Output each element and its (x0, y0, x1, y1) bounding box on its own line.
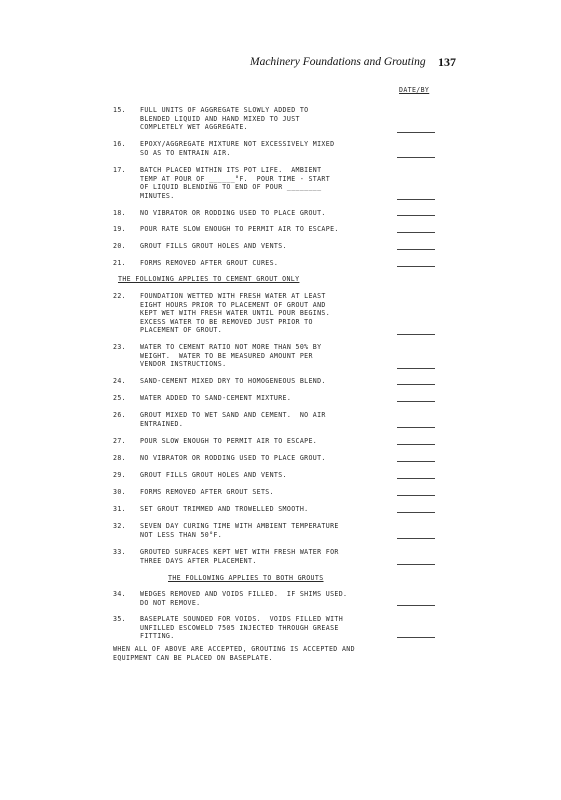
date-by-blank-33[interactable] (397, 564, 435, 565)
item-text: No vibrator or rodding used to place gro… (140, 454, 410, 463)
item-number: 26. (113, 411, 126, 420)
item-text: Foundation wetted with fresh water at le… (140, 292, 410, 335)
date-by-blank-15[interactable] (397, 132, 435, 133)
item-number: 25. (113, 394, 126, 403)
item-text: Full units of aggregate slowly added to … (140, 106, 410, 132)
item-text: Grout fills grout holes and vents. (140, 471, 410, 480)
item-number: 19. (113, 225, 126, 234)
date-by-blank-18[interactable] (397, 215, 435, 216)
date-by-blank-19[interactable] (397, 232, 435, 233)
section-heading-both-grouts: The following applies to both grouts (168, 574, 324, 583)
running-title: Machinery Foundations and Grouting (250, 56, 426, 68)
date-by-blank-21[interactable] (397, 266, 435, 267)
item-text: Set grout trimmed and trowelled smooth. (140, 505, 410, 514)
date-by-blank-30[interactable] (397, 495, 435, 496)
date-by-blank-17[interactable] (397, 199, 435, 200)
item-text: Grout mixed to wet sand and cement. No a… (140, 411, 410, 428)
closing-statement: When all of above are accepted, grouting… (113, 645, 355, 662)
date-by-blank-20[interactable] (397, 249, 435, 250)
item-text: Wedges removed and voids filled. If shim… (140, 590, 410, 607)
item-text: Forms removed after grout sets. (140, 488, 410, 497)
date-by-blank-26[interactable] (397, 427, 435, 428)
item-text: Batch placed within its pot life. Ambien… (140, 166, 410, 200)
item-text: No vibrator or rodding used to place gro… (140, 209, 410, 218)
item-text: Forms removed after grout cures. (140, 259, 410, 268)
item-number: 33. (113, 548, 126, 557)
section-heading-cement-only: The following applies to cement grout on… (118, 275, 299, 284)
item-number: 34. (113, 590, 126, 599)
item-number: 35. (113, 615, 126, 624)
item-number: 31. (113, 505, 126, 514)
date-by-blank-27[interactable] (397, 444, 435, 445)
item-number: 22. (113, 292, 126, 301)
date-by-blank-16[interactable] (397, 157, 435, 158)
item-text: Grouted surfaces kept wet with fresh wat… (140, 548, 410, 565)
item-text: Water to cement ratio not more than 50% … (140, 343, 410, 369)
item-text: Pour slow enough to permit air to escape… (140, 437, 410, 446)
item-number: 27. (113, 437, 126, 446)
item-text: Sand-cement mixed dry to homogeneous ble… (140, 377, 410, 386)
item-number: 21. (113, 259, 126, 268)
item-number: 16. (113, 140, 126, 149)
item-number: 30. (113, 488, 126, 497)
date-by-blank-23[interactable] (397, 368, 435, 369)
item-number: 24. (113, 377, 126, 386)
date-by-blank-29[interactable] (397, 478, 435, 479)
date-by-blank-32[interactable] (397, 538, 435, 539)
date-by-blank-28[interactable] (397, 461, 435, 462)
item-number: 20. (113, 242, 126, 251)
item-text: Pour rate slow enough to permit air to e… (140, 225, 410, 234)
item-number: 15. (113, 106, 126, 115)
item-text: Seven day curing time with ambient tempe… (140, 522, 410, 539)
date-by-column-header: Date/By (399, 86, 429, 95)
item-number: 28. (113, 454, 126, 463)
date-by-blank-22[interactable] (397, 334, 435, 335)
date-by-blank-25[interactable] (397, 401, 435, 402)
item-number: 17. (113, 166, 126, 175)
item-text: Epoxy/aggregate mixture not excessively … (140, 140, 410, 157)
item-text: Water added to sand-cement mixture. (140, 394, 410, 403)
page-number: 137 (438, 55, 456, 70)
item-number: 32. (113, 522, 126, 531)
item-number: 29. (113, 471, 126, 480)
date-by-blank-24[interactable] (397, 384, 435, 385)
date-by-blank-34[interactable] (397, 605, 435, 606)
date-by-blank-35[interactable] (397, 637, 435, 638)
item-text: Baseplate sounded for voids. Voids fille… (140, 615, 410, 641)
item-number: 18. (113, 209, 126, 218)
item-number: 23. (113, 343, 126, 352)
date-by-blank-31[interactable] (397, 512, 435, 513)
item-text: Grout fills grout holes and vents. (140, 242, 410, 251)
